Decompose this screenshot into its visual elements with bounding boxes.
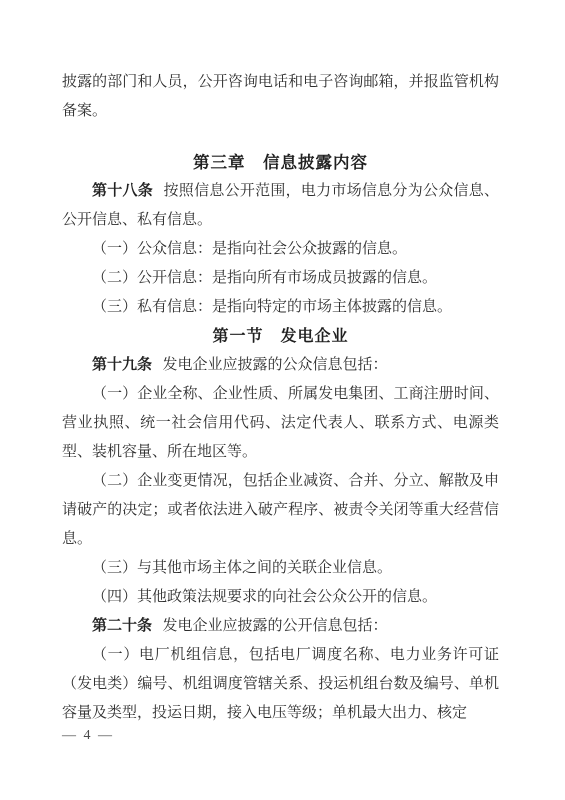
article-19-item-2: （二）企业变更情况，包括企业减资、合并、分立、解散及申请破产的决定；或者依法进入… <box>62 467 499 554</box>
article-18-term: 第十八条 <box>92 183 153 199</box>
article-20-term: 第二十条 <box>92 618 152 634</box>
article-20-text: 发电企业应披露的公开信息包括： <box>163 618 388 634</box>
article-19-term: 第十九条 <box>92 357 152 373</box>
page-number: — 4 — <box>62 726 114 746</box>
document-body: 披露的部门和人员，公开咨询电话和电子咨询邮箱，并报监管机构备案。 第三章 信息披… <box>62 68 499 728</box>
article-18-item-2: （二）公开信息：是指向所有市场成员披露的信息。 <box>62 264 499 293</box>
article-19-item-1: （一）企业全称、企业性质、所属发电集团、工商注册时间、营业执照、统一社会信用代码… <box>62 380 499 467</box>
article-20-item-1: （一）电厂机组信息，包括电厂调度名称、电力业务许可证（发电类）编号、机组调度管辖… <box>62 641 499 728</box>
article-20: 第二十条发电企业应披露的公开信息包括： <box>62 612 499 641</box>
article-18-item-3: （三）私有信息：是指向特定的市场主体披露的信息。 <box>62 293 499 322</box>
article-18-item-1: （一）公众信息：是指向社会公众披露的信息。 <box>62 235 499 264</box>
chapter-heading: 第三章 信息披露内容 <box>62 148 499 177</box>
article-19: 第十九条发电企业应披露的公众信息包括： <box>62 351 499 380</box>
section-heading: 第一节 发电企业 <box>62 322 499 351</box>
article-18: 第十八条按照信息公开范围，电力市场信息分为公众信息、公开信息、私有信息。 <box>62 177 499 235</box>
article-19-item-4: （四）其他政策法规要求的向社会公众公开的信息。 <box>62 583 499 612</box>
document-page: 披露的部门和人员，公开咨询电话和电子咨询邮箱，并报监管机构备案。 第三章 信息披… <box>0 0 565 800</box>
article-19-text: 发电企业应披露的公众信息包括： <box>163 357 388 373</box>
paragraph-continuation: 披露的部门和人员，公开咨询电话和电子咨询邮箱，并报监管机构备案。 <box>62 68 499 126</box>
article-19-item-3: （三）与其他市场主体之间的关联企业信息。 <box>62 554 499 583</box>
